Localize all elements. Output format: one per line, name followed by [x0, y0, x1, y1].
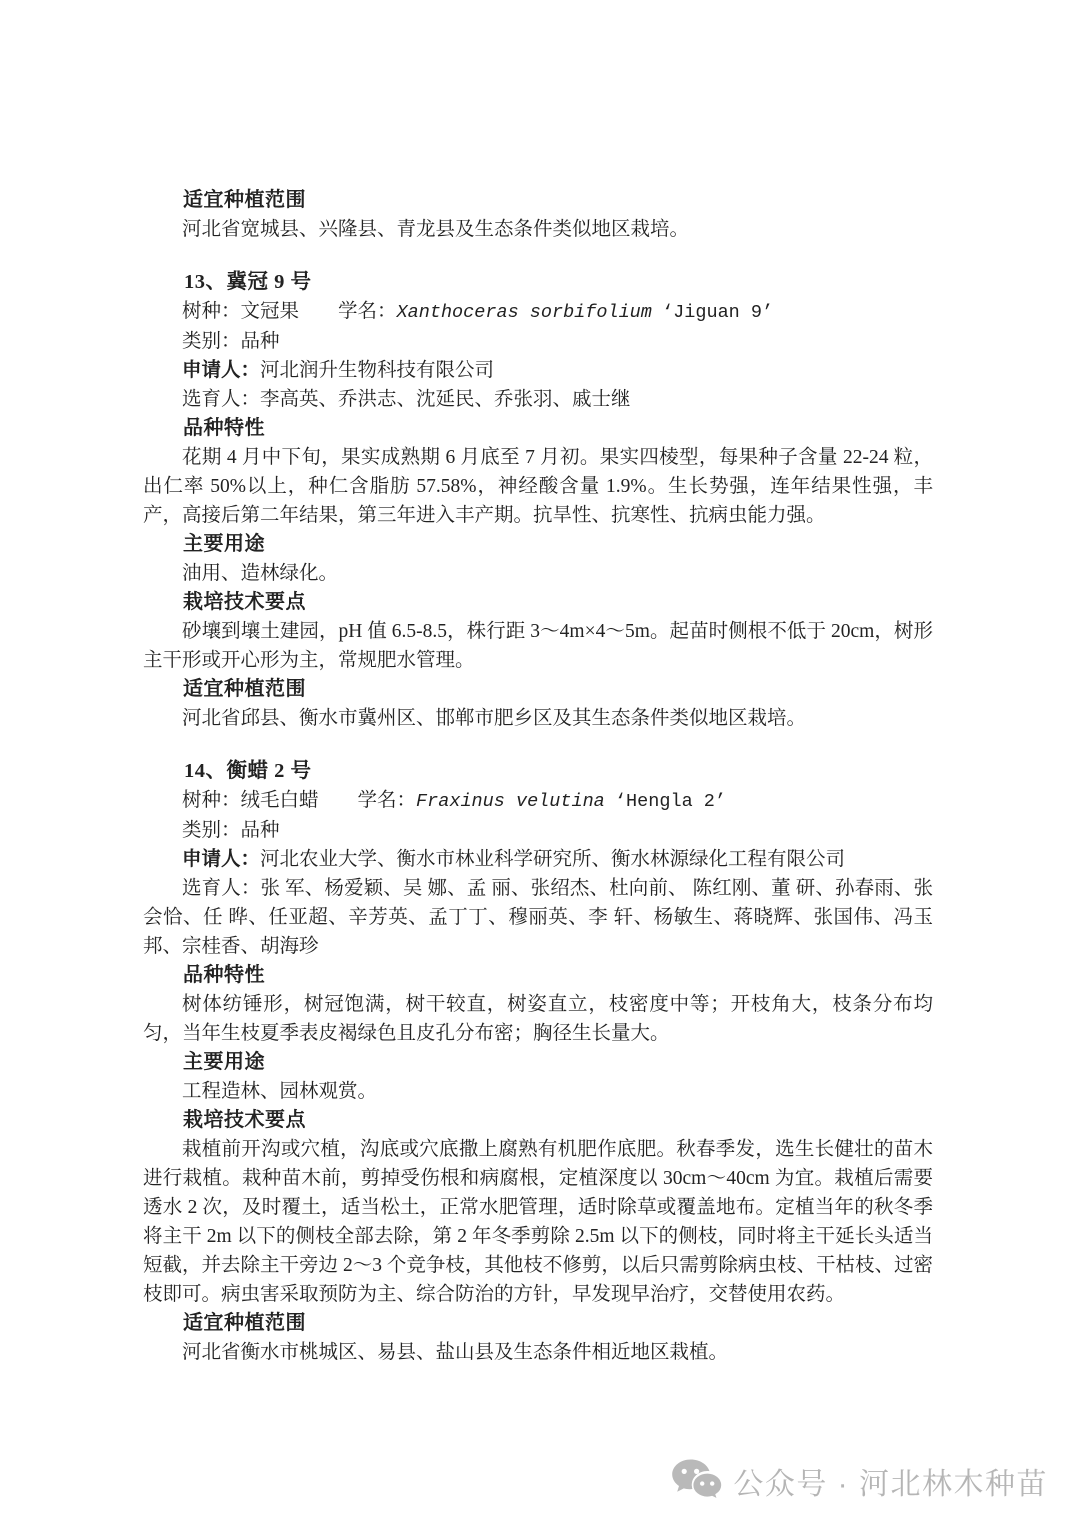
prev-range-text: 河北省宽城县、兴隆县、青龙县及生态条件类似地区栽培。 [143, 215, 933, 244]
species-value: 文冠果 [241, 301, 300, 322]
variety-14-tech-text: 栽植前开沟或穴植，沟底或穴底撒上腐熟有机肥作底肥。秋春季发，选生长健壮的苗木进行… [143, 1135, 933, 1309]
category-value: 品种 [241, 331, 280, 352]
variety-13-species-line: 树种：文冠果学名：Xanthoceras sorbifolium‘Jiguan … [143, 297, 933, 327]
cultivar-name: ‘Hengla 2’ [615, 791, 726, 812]
variety-13-category-line: 类别：品种 [143, 327, 933, 356]
variety-14-range-text: 河北省衡水市桃城区、易县、盐山县及生态条件相近地区栽植。 [143, 1338, 933, 1367]
variety-13-tech-text: 砂壤到壤土建园，pH 值 6.5-8.5，株行距 3～4m×4～5m。起苗时侧根… [143, 617, 933, 675]
variety-14-tech-heading: 栽培技术要点 [143, 1106, 933, 1135]
variety-13-breeder-line: 选育人：李高英、乔洪志、沈延民、乔张羽、戚士继 [143, 385, 933, 414]
variety-section-13: 13、冀冠 9 号 树种：文冠果学名：Xanthoceras sorbifoli… [143, 268, 933, 733]
category-label: 类别： [182, 331, 241, 352]
category-value: 品种 [241, 820, 280, 841]
document-content: 适宜种植范围 河北省宽城县、兴隆县、青龙县及生态条件类似地区栽培。 13、冀冠 … [143, 186, 933, 1367]
species-label: 树种： [182, 790, 241, 811]
variety-section-14: 14、衡蜡 2 号 树种：绒毛白蜡学名：Fraxinus velutina‘He… [143, 757, 933, 1367]
variety-14-breeder-line: 选育人：张 军、杨爱颖、吴 娜、孟 丽、张绍杰、杜向前、 陈红刚、董 研、孙春雨… [143, 874, 933, 961]
variety-14-applicant-line: 申请人：河北农业大学、衡水市林业科学研究所、衡水林源绿化工程有限公司 [143, 845, 933, 874]
breeder-value: 张 军、杨爱颖、吴 娜、孟 丽、张绍杰、杜向前、 陈红刚、董 研、孙春雨、张会恰… [143, 878, 933, 957]
variety-13-traits-text: 花期 4 月中下旬，果实成熟期 6 月底至 7 月初。果实四棱型，每果种子含量 … [143, 443, 933, 530]
prev-range-heading: 适宜种植范围 [143, 186, 933, 215]
applicant-label: 申请人： [182, 849, 260, 870]
watermark-text: 公众号 · 河北林木种苗 [733, 1459, 1048, 1503]
document-page: 适宜种植范围 河北省宽城县、兴隆县、青龙县及生态条件类似地区栽培。 13、冀冠 … [0, 0, 1080, 1527]
sci-name-value: Fraxinus velutina [416, 791, 605, 812]
variety-14-species-line: 树种：绒毛白蜡学名：Fraxinus velutina‘Hengla 2’ [143, 786, 933, 816]
variety-13-range-heading: 适宜种植范围 [143, 675, 933, 704]
variety-14-range-heading: 适宜种植范围 [143, 1309, 933, 1338]
variety-13-traits-heading: 品种特性 [143, 414, 933, 443]
applicant-value: 河北润升生物科技有限公司 [260, 360, 494, 381]
variety-13-use-heading: 主要用途 [143, 530, 933, 559]
sci-name-label: 学名： [338, 301, 397, 322]
breeder-label: 选育人： [182, 878, 261, 899]
breeder-label: 选育人： [182, 389, 260, 410]
cultivar-name: ‘Jiguan 9’ [662, 302, 773, 323]
breeder-value: 李高英、乔洪志、沈延民、乔张羽、戚士继 [260, 389, 631, 410]
variety-13-applicant-line: 申请人：河北润升生物科技有限公司 [143, 356, 933, 385]
wechat-watermark: 公众号 · 河北林木种苗 [671, 1458, 1048, 1504]
species-label: 树种： [182, 301, 241, 322]
sci-name-value: Xanthoceras sorbifolium [397, 302, 652, 323]
species-value: 绒毛白蜡 [241, 790, 319, 811]
wechat-icon [671, 1458, 723, 1504]
variety-14-use-heading: 主要用途 [143, 1048, 933, 1077]
sci-name-label: 学名： [358, 790, 417, 811]
applicant-label: 申请人： [182, 360, 260, 381]
variety-13-range-text: 河北省邱县、衡水市冀州区、邯郸市肥乡区及其生态条件类似地区栽培。 [143, 704, 933, 733]
variety-14-use-text: 工程造林、园林观赏。 [143, 1077, 933, 1106]
variety-13-use-text: 油用、造林绿化。 [143, 559, 933, 588]
variety-14-traits-heading: 品种特性 [143, 961, 933, 990]
variety-13-tech-heading: 栽培技术要点 [143, 588, 933, 617]
applicant-value: 河北农业大学、衡水市林业科学研究所、衡水林源绿化工程有限公司 [260, 849, 845, 870]
variety-14-traits-text: 树体纺锤形，树冠饱满，树干较直，树姿直立，枝密度中等；开枝角大，枝条分布均匀，当… [143, 990, 933, 1048]
variety-14-category-line: 类别：品种 [143, 816, 933, 845]
variety-14-title: 14、衡蜡 2 号 [143, 757, 933, 786]
category-label: 类别： [182, 820, 241, 841]
variety-13-title: 13、冀冠 9 号 [143, 268, 933, 297]
